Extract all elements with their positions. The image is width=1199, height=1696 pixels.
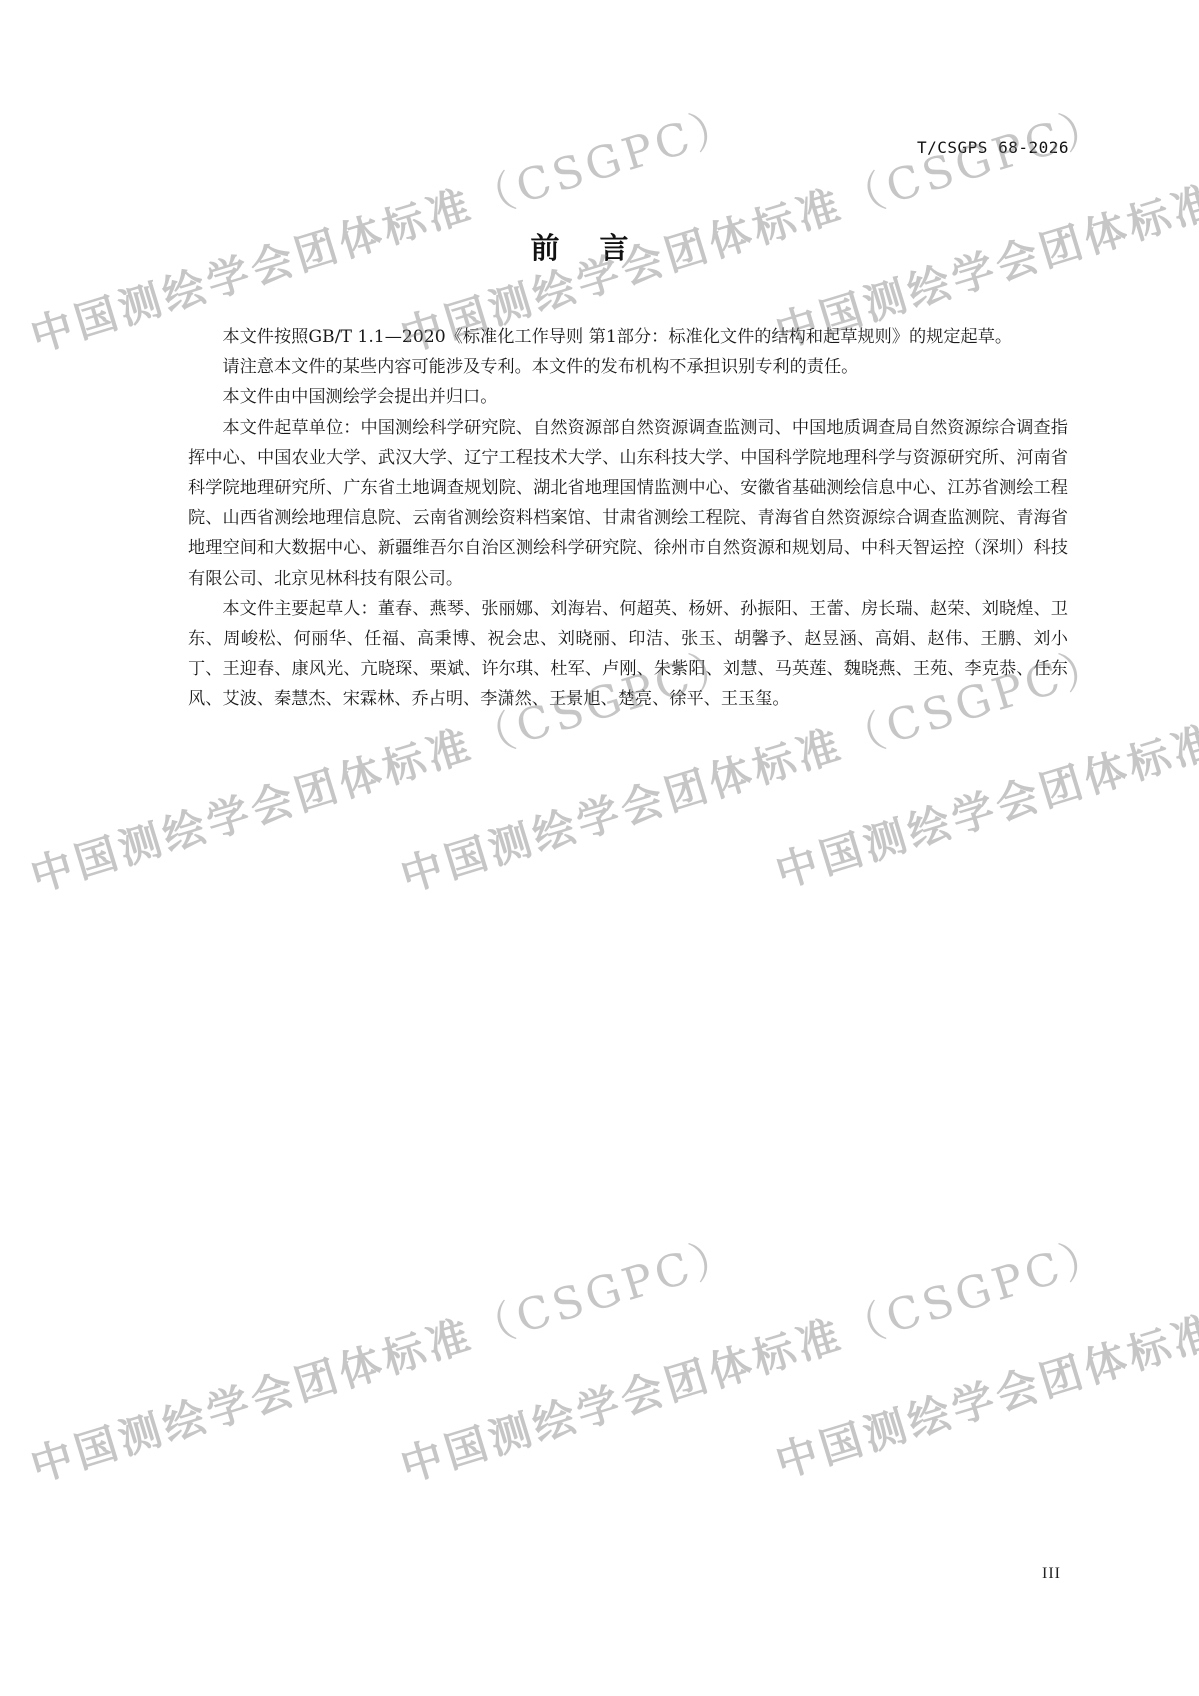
paragraph-drafting-rules: 本文件按照GB/T 1.1—2020《标准化工作导则 第1部分：标准化文件的结构… xyxy=(188,322,1068,352)
paragraph-patent-notice: 请注意本文件的某些内容可能涉及专利。本文件的发布机构不承担识别专利的责任。 xyxy=(188,352,1068,382)
watermark: 中国测绘学会团体标准（CSGPC） xyxy=(21,1217,746,1494)
document-code: T/CSGPS 68-2026 xyxy=(917,138,1069,157)
page-number: III xyxy=(1042,1565,1061,1583)
page-title: 前言 xyxy=(0,226,1199,267)
foreword-body: 本文件按照GB/T 1.1—2020《标准化工作导则 第1部分：标准化文件的结构… xyxy=(188,322,1068,715)
paragraph-proposer: 本文件由中国测绘学会提出并归口。 xyxy=(188,382,1068,412)
watermark: 中国测绘学会团体标准（CSGPC） xyxy=(391,1217,1116,1494)
paragraph-drafting-units: 本文件起草单位：中国测绘科学研究院、自然资源部自然资源调查监测司、中国地质调查局… xyxy=(188,413,1068,594)
watermark: 中国测绘学会团体标准 xyxy=(767,1298,1199,1490)
paragraph-drafters: 本文件主要起草人：董春、燕琴、张丽娜、刘海岩、何超英、杨妍、孙振阳、王蕾、房长瑞… xyxy=(188,594,1068,715)
watermark: 中国测绘学会团体标准 xyxy=(767,708,1199,900)
